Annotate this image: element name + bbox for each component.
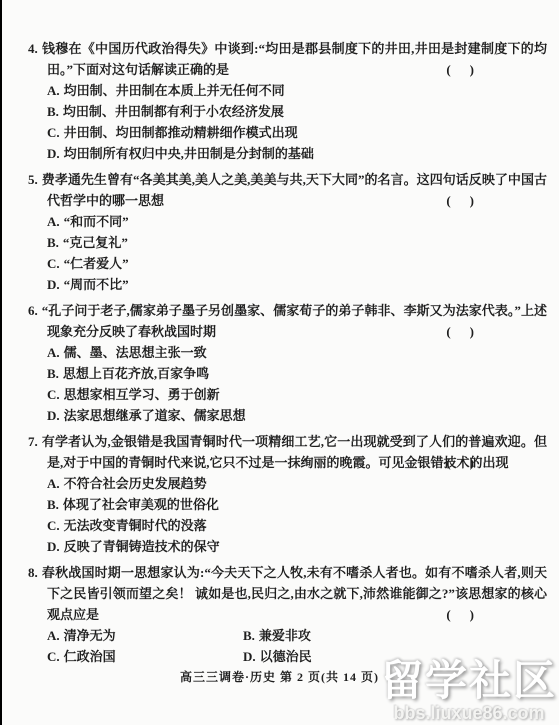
- option-label: B.: [47, 366, 59, 381]
- question-number: 5.: [28, 172, 38, 187]
- options-list: A.清净无为B.兼爱非攻C.仁政治国D.以德治民: [28, 625, 547, 667]
- option-label: D.: [47, 146, 60, 161]
- answer-bracket: ( ): [446, 59, 477, 80]
- question-stem: 5.费孝通先生曾有“各美其美,美人之美,美美与共,天下大同”的名言。这四句话反映…: [28, 169, 547, 211]
- option: C.仁政治国: [28, 646, 224, 667]
- option-text: 均田制所有权归中央,井田制是分封制的基础: [64, 146, 314, 161]
- option: A.均田制、井田制在本质上并无任何不同: [28, 80, 547, 101]
- option-label: C.: [47, 649, 60, 664]
- question-stem: 8.春秋战国时期一思想家认为:“今夫天下之人牧,未有不嗜杀人者也。如有不嗜杀人者…: [28, 562, 547, 625]
- option-label: A.: [47, 214, 60, 229]
- option: C.“仁者爱人”: [28, 253, 547, 274]
- question-stem: 6.“孔子问于老子,儒家弟子墨子另创墨家、儒家荀子的弟子韩非、李斯又为法家代表。…: [28, 300, 547, 342]
- option-text: “周而不比”: [64, 277, 129, 292]
- option-text: 以德治民: [260, 649, 312, 664]
- option-text: 反映了青铜铸造技术的保守: [64, 539, 220, 554]
- option-text: 兼爱非攻: [259, 628, 311, 643]
- option-text: 思想家相互学习、勇于创新: [64, 387, 220, 402]
- option-text: 思想上百花齐放,百家争鸣: [63, 366, 209, 381]
- option-label: A.: [47, 476, 60, 491]
- option: A.“和而不同”: [28, 211, 547, 232]
- option-text: 儒、墨、法思想主张一致: [64, 345, 207, 360]
- option-label: D.: [47, 539, 60, 554]
- answer-bracket: ( ): [446, 452, 477, 473]
- option-text: 井田制、均田制都推动精耕细作模式出现: [64, 125, 298, 140]
- option: C.井田制、均田制都推动精耕细作模式出现: [28, 122, 547, 143]
- option: D.反映了青铜铸造技术的保守: [28, 536, 547, 557]
- options-list: A.“和而不同”B.“克己复礼”C.“仁者爱人”D.“周而不比”: [28, 211, 547, 295]
- question: 6.“孔子问于老子,儒家弟子墨子另创墨家、儒家荀子的弟子韩非、李斯又为法家代表。…: [28, 300, 547, 426]
- option: D.以德治民: [224, 646, 547, 667]
- option-label: C.: [47, 125, 60, 140]
- option: D.均田制所有权归中央,井田制是分封制的基础: [28, 143, 547, 164]
- option: D.法家思想继承了道家、儒家思想: [28, 405, 547, 426]
- option-label: B.: [47, 104, 59, 119]
- option-label: D.: [47, 408, 60, 423]
- option-label: A.: [47, 628, 60, 643]
- option: B.兼爱非攻: [224, 625, 547, 646]
- option-label: D.: [47, 277, 60, 292]
- option-text: 体现了社会审美观的世俗化: [63, 497, 219, 512]
- option-label: C.: [47, 256, 60, 271]
- options-list: A.均田制、井田制在本质上并无任何不同B.均田制、井田制都有利于小农经济发展C.…: [28, 80, 547, 164]
- answer-bracket: ( ): [446, 604, 477, 625]
- option: D.“周而不比”: [28, 274, 547, 295]
- option: B.均田制、井田制都有利于小农经济发展: [28, 101, 547, 122]
- question-stem: 4.钱穆在《中国历代政治得失》中谈到:“均田是郡县制度下的井田,井田是封建制度下…: [28, 38, 547, 80]
- option-label: B.: [47, 497, 59, 512]
- option-label: C.: [47, 387, 60, 402]
- option-label: D.: [243, 649, 256, 664]
- option-text: 不符合社会历史发展趋势: [64, 476, 207, 491]
- option-label: A.: [47, 345, 60, 360]
- option: A.清净无为: [28, 625, 224, 646]
- question: 8.春秋战国时期一思想家认为:“今夫天下之人牧,未有不嗜杀人者也。如有不嗜杀人者…: [28, 562, 547, 667]
- answer-bracket: ( ): [446, 321, 477, 342]
- question-stem: 7.有学者认为,金银错是我国青铜时代一项精细工艺,它一出现就受到了人们的普遍欢迎…: [28, 431, 547, 473]
- exam-page: 4.钱穆在《中国历代政治得失》中谈到:“均田是郡县制度下的井田,井田是封建制度下…: [0, 0, 559, 725]
- scan-edge-line: [0, 0, 2, 725]
- question-number: 8.: [28, 565, 38, 580]
- option-text: 法家思想继承了道家、儒家思想: [64, 408, 246, 423]
- option-label: A.: [47, 83, 60, 98]
- options-list: A.不符合社会历史发展趋势B.体现了社会审美观的世俗化C.无法改变青铜时代的没落…: [28, 473, 547, 557]
- option-text: 无法改变青铜时代的没落: [64, 518, 207, 533]
- option-label: B.: [47, 235, 59, 250]
- option-label: C.: [47, 518, 60, 533]
- option-label: B.: [243, 628, 255, 643]
- option: A.儒、墨、法思想主张一致: [28, 342, 547, 363]
- option-text: “仁者爱人”: [64, 256, 129, 271]
- option-text: “克己复礼”: [63, 235, 128, 250]
- watermark-url: bbs.liuxue86.com: [381, 703, 557, 723]
- option-text: 仁政治国: [64, 649, 116, 664]
- option: C.无法改变青铜时代的没落: [28, 515, 547, 536]
- question: 5.费孝通先生曾有“各美其美,美人之美,美美与共,天下大同”的名言。这四句话反映…: [28, 169, 547, 295]
- answer-bracket: ( ): [446, 190, 477, 211]
- option-text: 均田制、井田制在本质上并无任何不同: [64, 83, 285, 98]
- question: 4.钱穆在《中国历代政治得失》中谈到:“均田是郡县制度下的井田,井田是封建制度下…: [28, 38, 547, 164]
- option: B.思想上百花齐放,百家争鸣: [28, 363, 547, 384]
- question-number: 7.: [28, 434, 38, 449]
- options-list: A.儒、墨、法思想主张一致B.思想上百花齐放,百家争鸣C.思想家相互学习、勇于创…: [28, 342, 547, 426]
- question-number: 4.: [28, 41, 38, 56]
- option: A.不符合社会历史发展趋势: [28, 473, 547, 494]
- option: C.思想家相互学习、勇于创新: [28, 384, 547, 405]
- option: B.“克己复礼”: [28, 232, 547, 253]
- option-text: 均田制、井田制都有利于小农经济发展: [63, 104, 284, 119]
- page-footer: 高三三调卷·历史 第 2 页(共 14 页): [0, 668, 559, 685]
- question: 7.有学者认为,金银错是我国青铜时代一项精细工艺,它一出现就受到了人们的普遍欢迎…: [28, 431, 547, 557]
- option-text: “和而不同”: [64, 214, 129, 229]
- option: B.体现了社会审美观的世俗化: [28, 494, 547, 515]
- question-number: 6.: [28, 303, 38, 318]
- option-text: 清净无为: [64, 628, 116, 643]
- questions-list: 4.钱穆在《中国历代政治得失》中谈到:“均田是郡县制度下的井田,井田是封建制度下…: [0, 38, 559, 667]
